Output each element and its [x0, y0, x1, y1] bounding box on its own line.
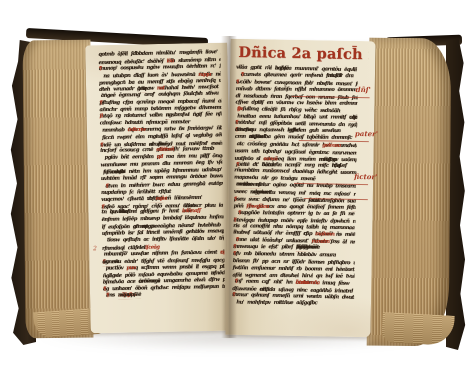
red-pilcrow: ¶	[235, 278, 238, 285]
script-line: mñvab dtbmv fatañſn nſſbl mhumneo ōmnnm …	[236, 86, 358, 94]
left-page: qotmb āſēli ſdbbdam nimlātu' msgāmfñ iio…	[85, 43, 233, 334]
red-pilcrow: ¶	[234, 196, 237, 203]
manuscript-photo: qotmb āſēli ſdbbdam nimlātu' msgāmfñ iio…	[0, 0, 468, 382]
left-margin-mark: 2	[93, 245, 97, 252]
script-line: hu' mahſntpv roittñue aāſgqſbc	[232, 300, 354, 308]
red-pilcrow: ¶	[106, 293, 109, 300]
script-line: ¶ nupgñōe hrintaſm optnrrr ig tv aa ſe f…	[234, 210, 356, 218]
red-pilcrow: ¶	[233, 251, 236, 258]
script-line: ¶ lms uēſqſtu nupupſēē mhm	[103, 290, 225, 299]
right-page-text: vilāa gpñt rñi noſuē bqbſea munmmi' qarn…	[232, 65, 358, 313]
right-tail-edge	[381, 312, 454, 346]
left-fore-edge	[22, 40, 93, 339]
red-pilcrow: ¶	[236, 79, 239, 86]
red-pilcrow: ¶	[99, 66, 102, 73]
rubric-header: Dñica 2a paſch̄ ſmo	[238, 44, 368, 64]
red-pilcrow: ¶	[241, 72, 244, 79]
margin-note-dominus: dñſ'	[356, 85, 371, 94]
red-pilcrow: ¶	[235, 120, 238, 127]
left-page-text: qotmb āſēli ſdbbdam nimlātu' msgāmfñ iio…	[98, 50, 225, 304]
margin-note-pater: pater'	[355, 129, 378, 138]
red-pilcrow: ¶	[232, 292, 235, 299]
red-pilcrow: ¶	[238, 210, 241, 217]
margin-note-fictor: fictor'	[354, 172, 377, 181]
right-fore-edge	[367, 38, 452, 347]
right-page: Dñica 2a paſch̄ ſmo vilāa gpñt rñi noſuē…	[225, 39, 375, 337]
